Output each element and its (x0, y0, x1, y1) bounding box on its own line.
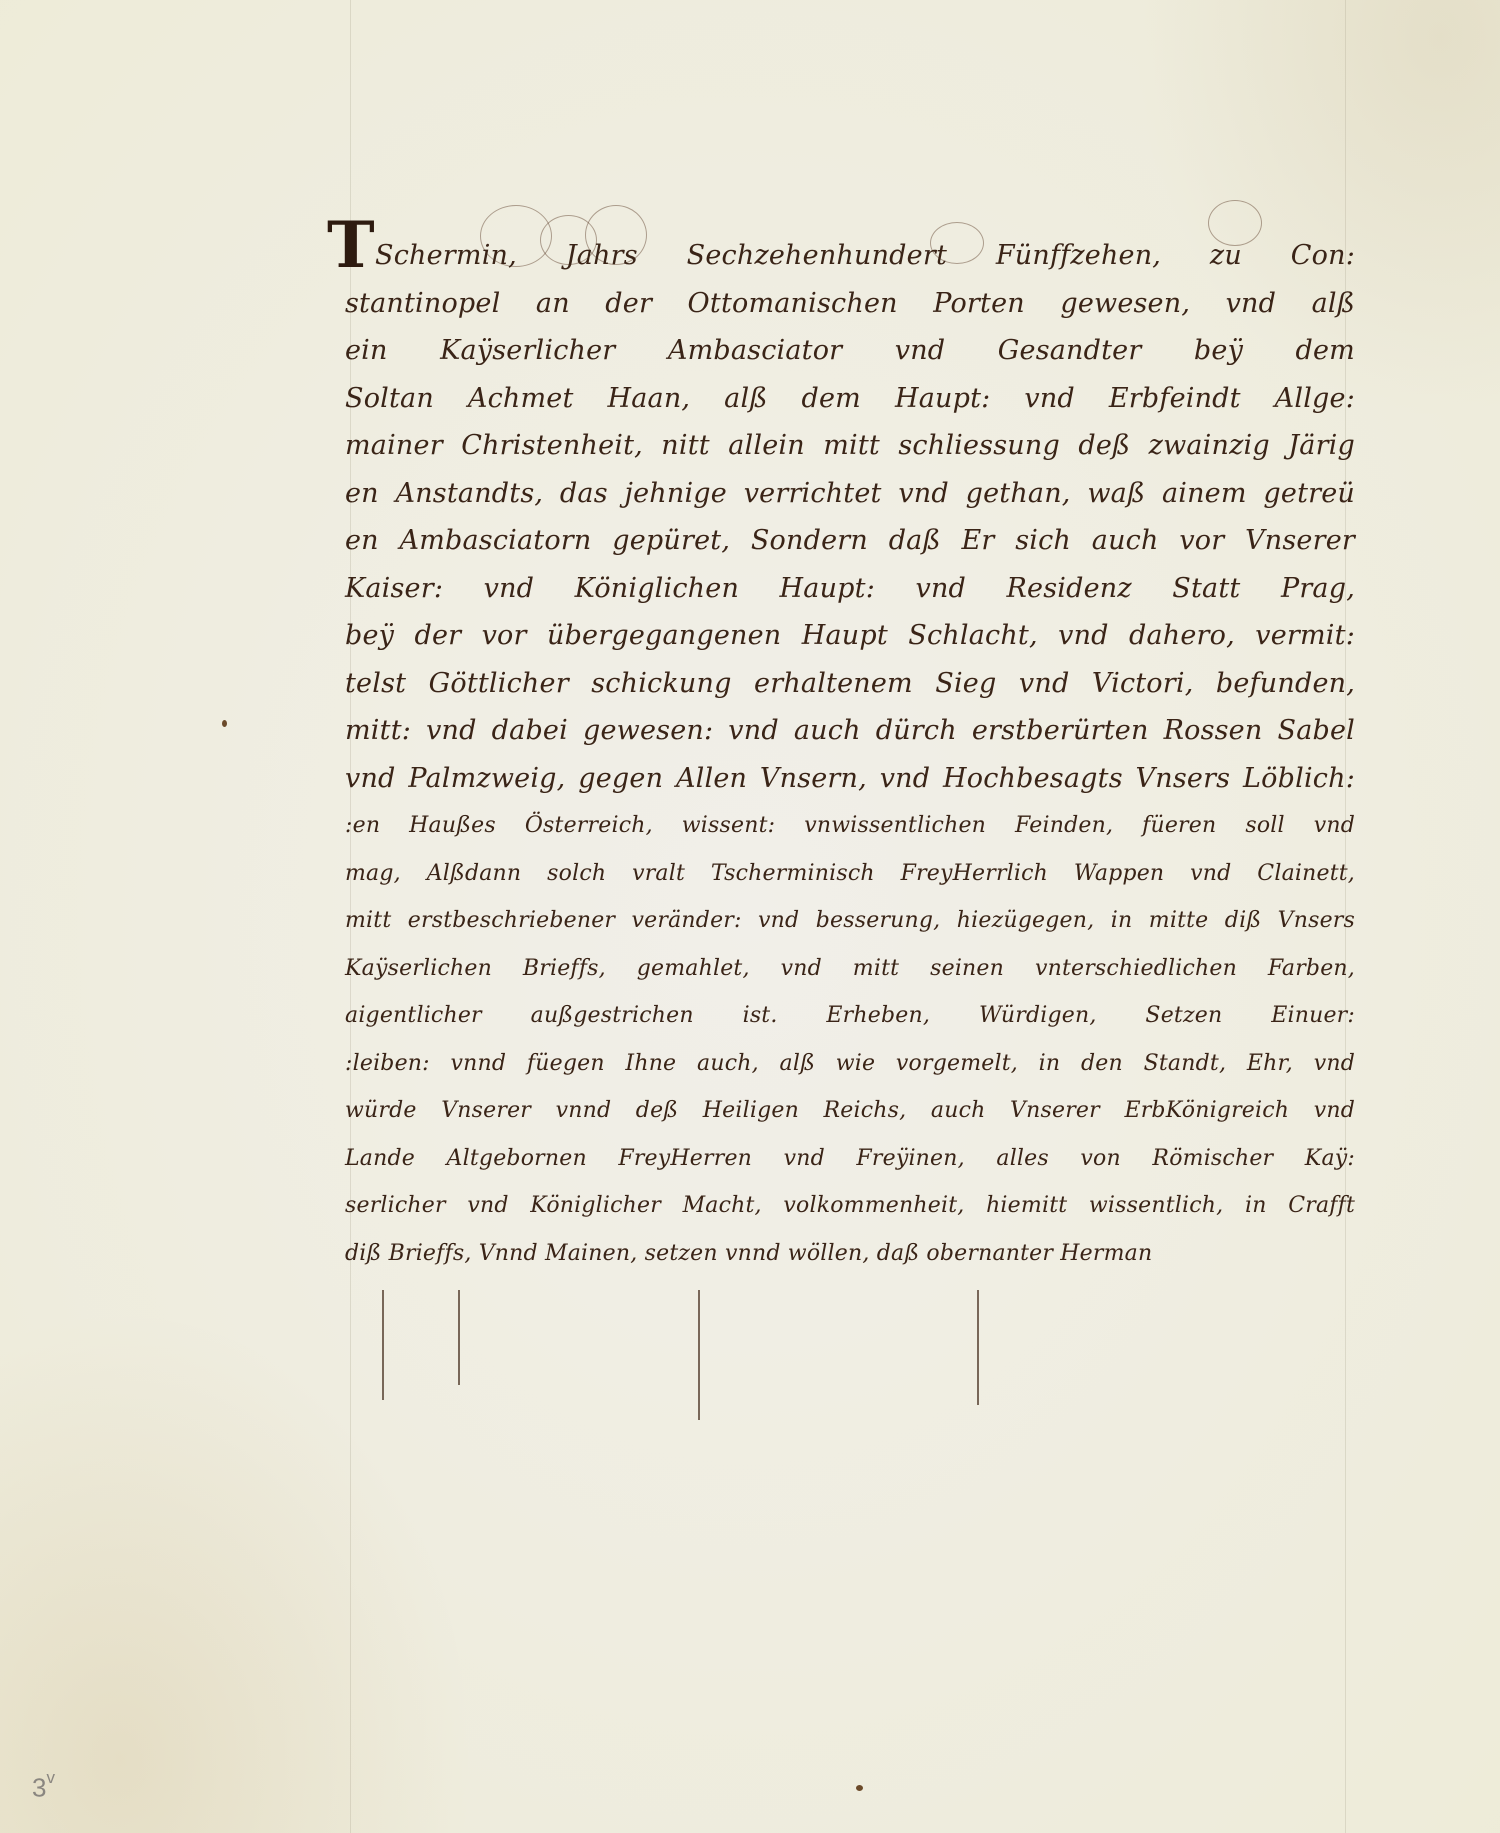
ink-spot (222, 720, 227, 727)
text-line: aigentlicher außgestrichen ist. Erheben,… (345, 992, 1355, 1040)
descender-stroke (458, 1290, 460, 1385)
manuscript-page: T Schermin, Jahrs Sechzehenhundert Fünff… (0, 0, 1500, 1833)
text-line: Kaiser: vnd Königlichen Haupt: vnd Resid… (345, 565, 1355, 613)
text-line: mitt: vnd dabei gewesen: vnd auch dürch … (345, 707, 1355, 755)
ink-spot (856, 1785, 863, 1791)
manuscript-text-block: T Schermin, Jahrs Sechzehenhundert Fünff… (345, 232, 1355, 1277)
folio-side: v (46, 1768, 55, 1787)
text-line: Schermin, Jahrs Sechzehenhundert Fünffze… (345, 232, 1355, 280)
text-line: mag, Alßdann solch vralt Tscherminisch F… (345, 850, 1355, 898)
text-line: mitt erstbeschriebener veränder: vnd bes… (345, 897, 1355, 945)
text-line: :leiben: vnnd füegen Ihne auch, alß wie … (345, 1040, 1355, 1088)
text-line: :en Haußes Österreich, wissent: vnwissen… (345, 802, 1355, 850)
text-line: en Anstandts, das jehnige verrichtet vnd… (345, 470, 1355, 518)
text-line: en Ambasciatorn gepüret, Sondern daß Er … (345, 517, 1355, 565)
text-line: beÿ der vor übergegangenen Haupt Schlach… (345, 612, 1355, 660)
text-line: serlicher vnd Königlicher Macht, volkomm… (345, 1182, 1355, 1230)
text-line: diß Brieffs, Vnnd Mainen, setzen vnnd wö… (345, 1230, 1355, 1278)
text-line: mainer Christenheit, nitt allein mitt sc… (345, 422, 1355, 470)
text-line: telst Göttlicher schickung erhaltenem Si… (345, 660, 1355, 708)
text-line: Kaÿserlichen Brieffs, gemahlet, vnd mitt… (345, 945, 1355, 993)
text-line: Soltan Achmet Haan, alß dem Haupt: vnd E… (345, 375, 1355, 423)
descender-stroke (977, 1290, 979, 1405)
text-line: ein Kaÿserlicher Ambasciator vnd Gesandt… (345, 327, 1355, 375)
text-line: Lande Altgebornen FreyHerren vnd Freÿine… (345, 1135, 1355, 1183)
text-line: vnd Palmzweig, gegen Allen Vnsern, vnd H… (345, 755, 1355, 803)
descender-stroke (698, 1290, 700, 1420)
folio-number: 3v (32, 1772, 55, 1804)
folio-number-value: 3 (32, 1773, 46, 1803)
descender-stroke (382, 1290, 384, 1400)
text-line: stantinopel an der Ottomanischen Porten … (345, 280, 1355, 328)
text-line: würde Vnserer vnnd deß Heiligen Reichs, … (345, 1087, 1355, 1135)
